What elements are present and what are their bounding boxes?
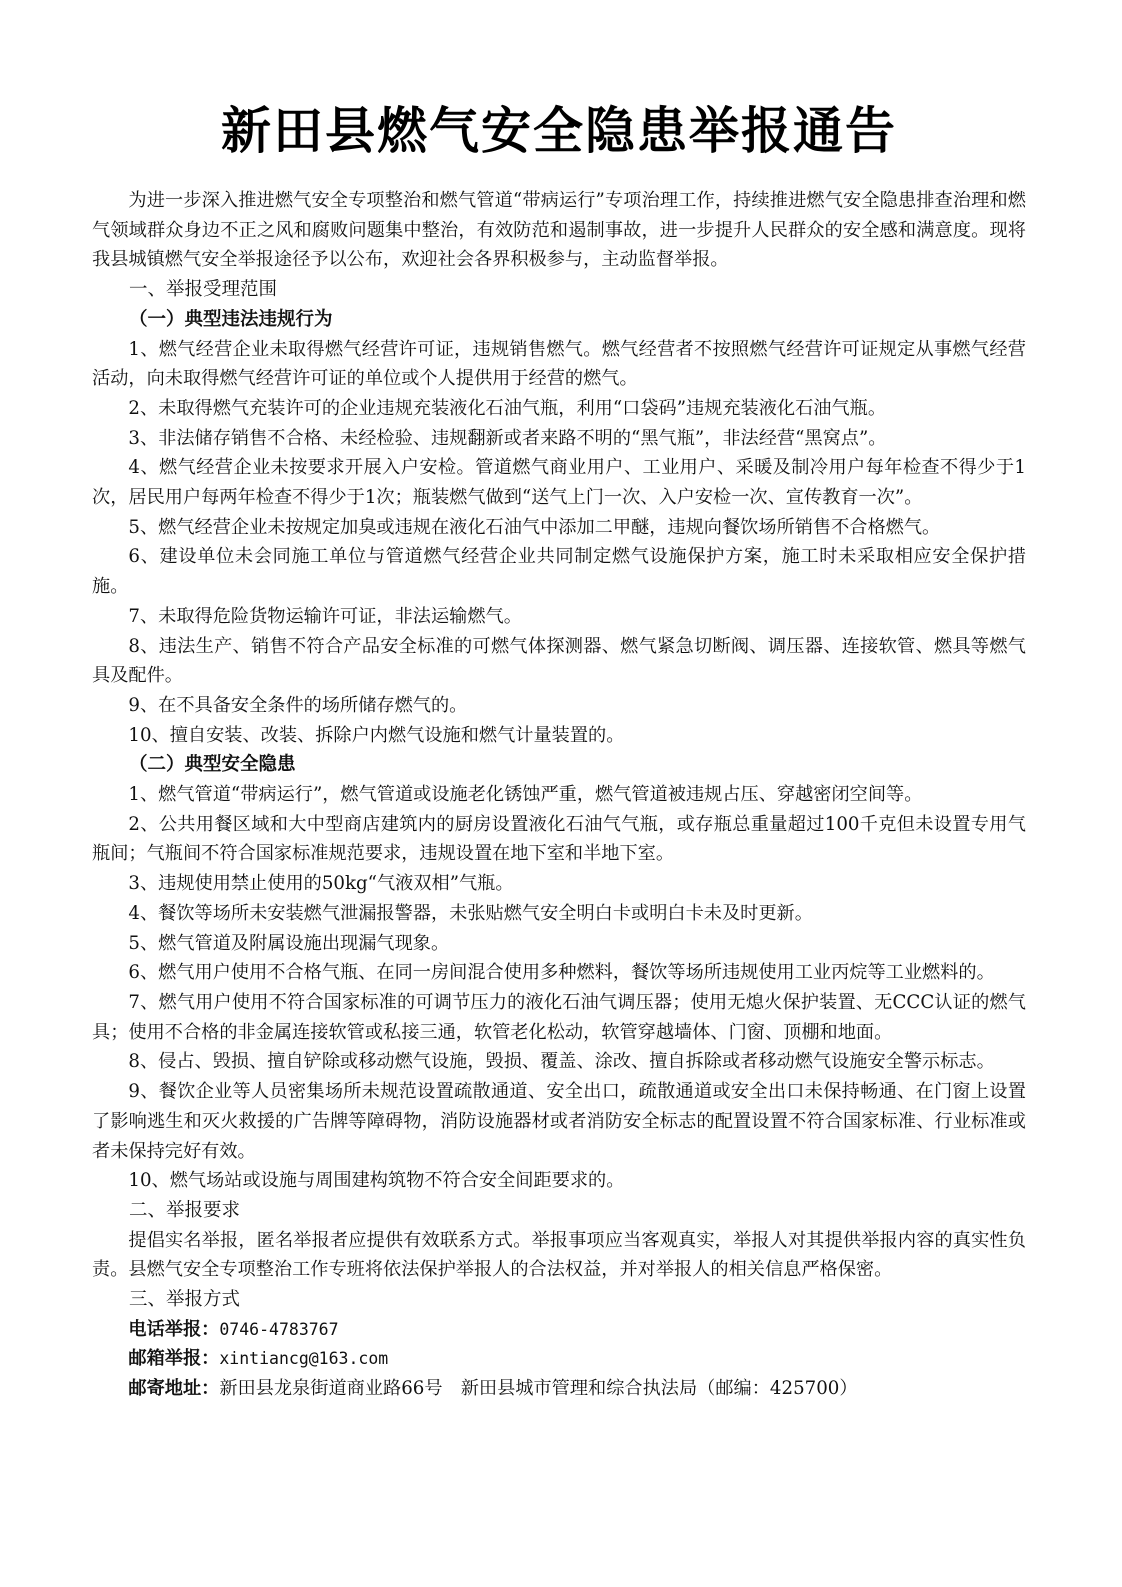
hazard-item: 8、侵占、毁损、擅自铲除或移动燃气设施，毁损、覆盖、涂改、擅自拆除或者移动燃气设…	[92, 1047, 1026, 1077]
violation-item: 2、未取得燃气充装许可的企业违规充装液化石油气瓶，利用“口袋码”违规充装液化石油…	[92, 394, 1026, 424]
requirements-paragraph: 提倡实名举报，匿名举报者应提供有效联系方式。举报事项应当客观真实，举报人对其提供…	[92, 1226, 1026, 1285]
document-title: 新田县燃气安全隐患举报通告	[92, 96, 1026, 166]
section-heading-requirements: 二、举报要求	[92, 1196, 1026, 1226]
subsection-heading-violations: （一）典型违法违规行为	[92, 305, 1026, 335]
violation-item: 10、擅自安装、改装、拆除户内燃气设施和燃气计量装置的。	[92, 721, 1026, 751]
hazard-item: 2、公共用餐区域和大中型商店建筑内的厨房设置液化石油气气瓶，或存瓶总重量超过10…	[92, 810, 1026, 869]
hazard-item: 4、餐饮等场所未安装燃气泄漏报警器，未张贴燃气安全明白卡或明白卡未及时更新。	[92, 899, 1026, 929]
hazard-item: 10、燃气场站或设施与周围建构筑物不符合安全间距要求的。	[92, 1166, 1026, 1196]
violation-item: 9、在不具备安全条件的场所储存燃气的。	[92, 691, 1026, 721]
phone-number[interactable]: 0746-4783767	[219, 1320, 338, 1339]
violation-item: 8、违法生产、销售不符合产品安全标准的可燃气体探测器、燃气紧急切断阀、调压器、连…	[92, 632, 1026, 691]
subsection-heading-hazards: （二）典型安全隐患	[92, 750, 1026, 780]
hazard-item: 7、燃气用户使用不符合国家标准的可调节压力的液化石油气调压器；使用无熄火保护装置…	[92, 988, 1026, 1047]
mail-label: 邮寄地址：	[128, 1378, 219, 1399]
contact-phone: 电话举报：0746-4783767	[92, 1315, 1026, 1345]
violation-item: 4、燃气经营企业未按要求开展入户安检。管道燃气商业用户、工业用户、采暖及制冷用户…	[92, 453, 1026, 512]
section-heading-scope: 一、举报受理范围	[92, 275, 1026, 305]
email-address[interactable]: xintiancg@163.com	[219, 1349, 388, 1368]
hazard-item: 9、餐饮企业等人员密集场所未规范设置疏散通道、安全出口，疏散通道或安全出口未保持…	[92, 1077, 1026, 1166]
email-label: 邮箱举报：	[128, 1348, 219, 1369]
violation-item: 3、非法储存销售不合格、未经检验、违规翻新或者来路不明的“黑气瓶”，非法经营“黑…	[92, 424, 1026, 454]
hazard-item: 3、违规使用禁止使用的50kg“气液双相”气瓶。	[92, 869, 1026, 899]
contact-email: 邮箱举报：xintiancg@163.com	[92, 1344, 1026, 1374]
violation-item: 1、燃气经营企业未取得燃气经营许可证，违规销售燃气。燃气经营者不按照燃气经营许可…	[92, 335, 1026, 394]
section-heading-methods: 三、举报方式	[92, 1285, 1026, 1315]
violation-item: 6、建设单位未会同施工单位与管道燃气经营企业共同制定燃气设施保护方案，施工时未采…	[92, 542, 1026, 601]
violation-item: 7、未取得危险货物运输许可证，非法运输燃气。	[92, 602, 1026, 632]
contact-mail: 邮寄地址：新田县龙泉街道商业路66号 新田县城市管理和综合执法局（邮编：4257…	[92, 1374, 1026, 1404]
hazard-item: 5、燃气管道及附属设施出现漏气现象。	[92, 929, 1026, 959]
violation-item: 5、燃气经营企业未按规定加臭或违规在液化石油气中添加二甲醚，违规向餐饮场所销售不…	[92, 513, 1026, 543]
document-body: 为进一步深入推进燃气安全专项整治和燃气管道“带病运行”专项治理工作，持续推进燃气…	[92, 186, 1026, 1404]
hazard-item: 1、燃气管道“带病运行”，燃气管道或设施老化锈蚀严重，燃气管道被违规占压、穿越密…	[92, 780, 1026, 810]
intro-paragraph: 为进一步深入推进燃气安全专项整治和燃气管道“带病运行”专项治理工作，持续推进燃气…	[92, 186, 1026, 275]
phone-label: 电话举报：	[128, 1319, 219, 1340]
hazard-item: 6、燃气用户使用不合格气瓶、在同一房间混合使用多种燃料，餐饮等场所违规使用工业丙…	[92, 958, 1026, 988]
mail-address: 新田县龙泉街道商业路66号 新田县城市管理和综合执法局（邮编：425700）	[219, 1378, 857, 1399]
